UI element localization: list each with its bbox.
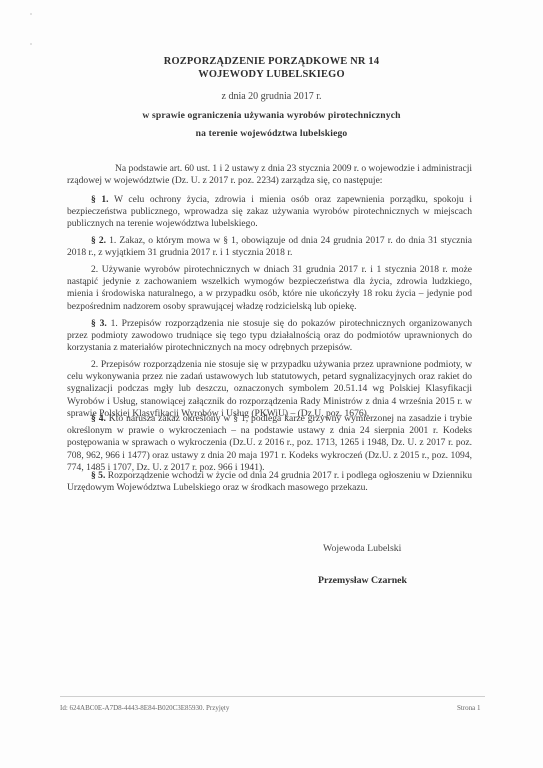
paragraph-text: Rozporządzenie wchodzi w życie od dnia 2… xyxy=(67,470,472,493)
paragraph-text: 1. Przepisów rozporządzenia nie stosuje … xyxy=(67,318,472,353)
document-date: z dnia 20 grudnia 2017 r. xyxy=(0,91,543,102)
paragraph-3-2: 2. Przepisów rozporządzenia nie stosuje … xyxy=(67,359,472,420)
paragraph-label: § 2. xyxy=(91,235,106,246)
paragraph-5: § 5. Rozporządzenie wchodzi w życie od d… xyxy=(67,470,472,494)
scan-speck xyxy=(30,13,32,15)
document-subject-line1: w sprawie ograniczenia używania wyrobów … xyxy=(0,110,543,121)
scan-speck xyxy=(30,43,32,45)
document-title-line2: WOJEWODY LUBELSKIEGO xyxy=(0,68,543,81)
paragraph-text: 2. Przepisów rozporządzenia nie stosuje … xyxy=(67,359,472,419)
paragraph-2-1: § 2. 1. Zakaz, o którym mowa w § 1, obow… xyxy=(67,235,472,259)
paragraph-4: § 4. Kto narusza zakaz określony w § 1, … xyxy=(67,413,472,474)
document-page: ROZPORZĄDZENIE PORZĄDKOWE NR 14 WOJEWODY… xyxy=(0,0,543,768)
paragraph-text: Kto narusza zakaz określony w § 1, podle… xyxy=(67,413,472,473)
paragraph-label: § 1. xyxy=(91,194,109,205)
footer-document-id: Id: 624ABC0E-A7D8-4443-8E84-B020C3E85930… xyxy=(60,704,229,712)
document-subject-line2: na terenie województwa lubelskiego xyxy=(0,128,543,139)
document-title-line1: ROZPORZĄDZENIE PORZĄDKOWE NR 14 xyxy=(0,55,543,68)
paragraph-text: W celu ochrony życia, zdrowia i mienia o… xyxy=(67,194,472,229)
paragraph-3-1: § 3. 1. Przepisów rozporządzenia nie sto… xyxy=(67,318,472,355)
paragraph-1: § 1. W celu ochrony życia, zdrowia i mie… xyxy=(67,194,472,231)
paragraph-text: 1. Zakaz, o którym mowa w § 1, obowiązuj… xyxy=(67,235,472,258)
paragraph-label: § 4. xyxy=(91,413,106,424)
paragraph-text: 2. Używanie wyrobów pirotechnicznych w d… xyxy=(67,264,472,312)
signature-title: Wojewoda Lubelski xyxy=(323,543,401,554)
paragraph-2-2: 2. Używanie wyrobów pirotechnicznych w d… xyxy=(67,264,472,313)
preamble-text: Na podstawie art. 60 ust. 1 i 2 ustawy z… xyxy=(67,163,472,187)
paragraph-label: § 5. xyxy=(91,470,105,481)
signature-name: Przemysław Czarnek xyxy=(318,575,407,586)
footer-divider xyxy=(60,696,485,697)
preamble: Na podstawie art. 60 ust. 1 i 2 ustawy z… xyxy=(67,163,472,187)
footer-page-number: Strona 1 xyxy=(457,704,481,712)
paragraph-label: § 3. xyxy=(91,318,107,329)
